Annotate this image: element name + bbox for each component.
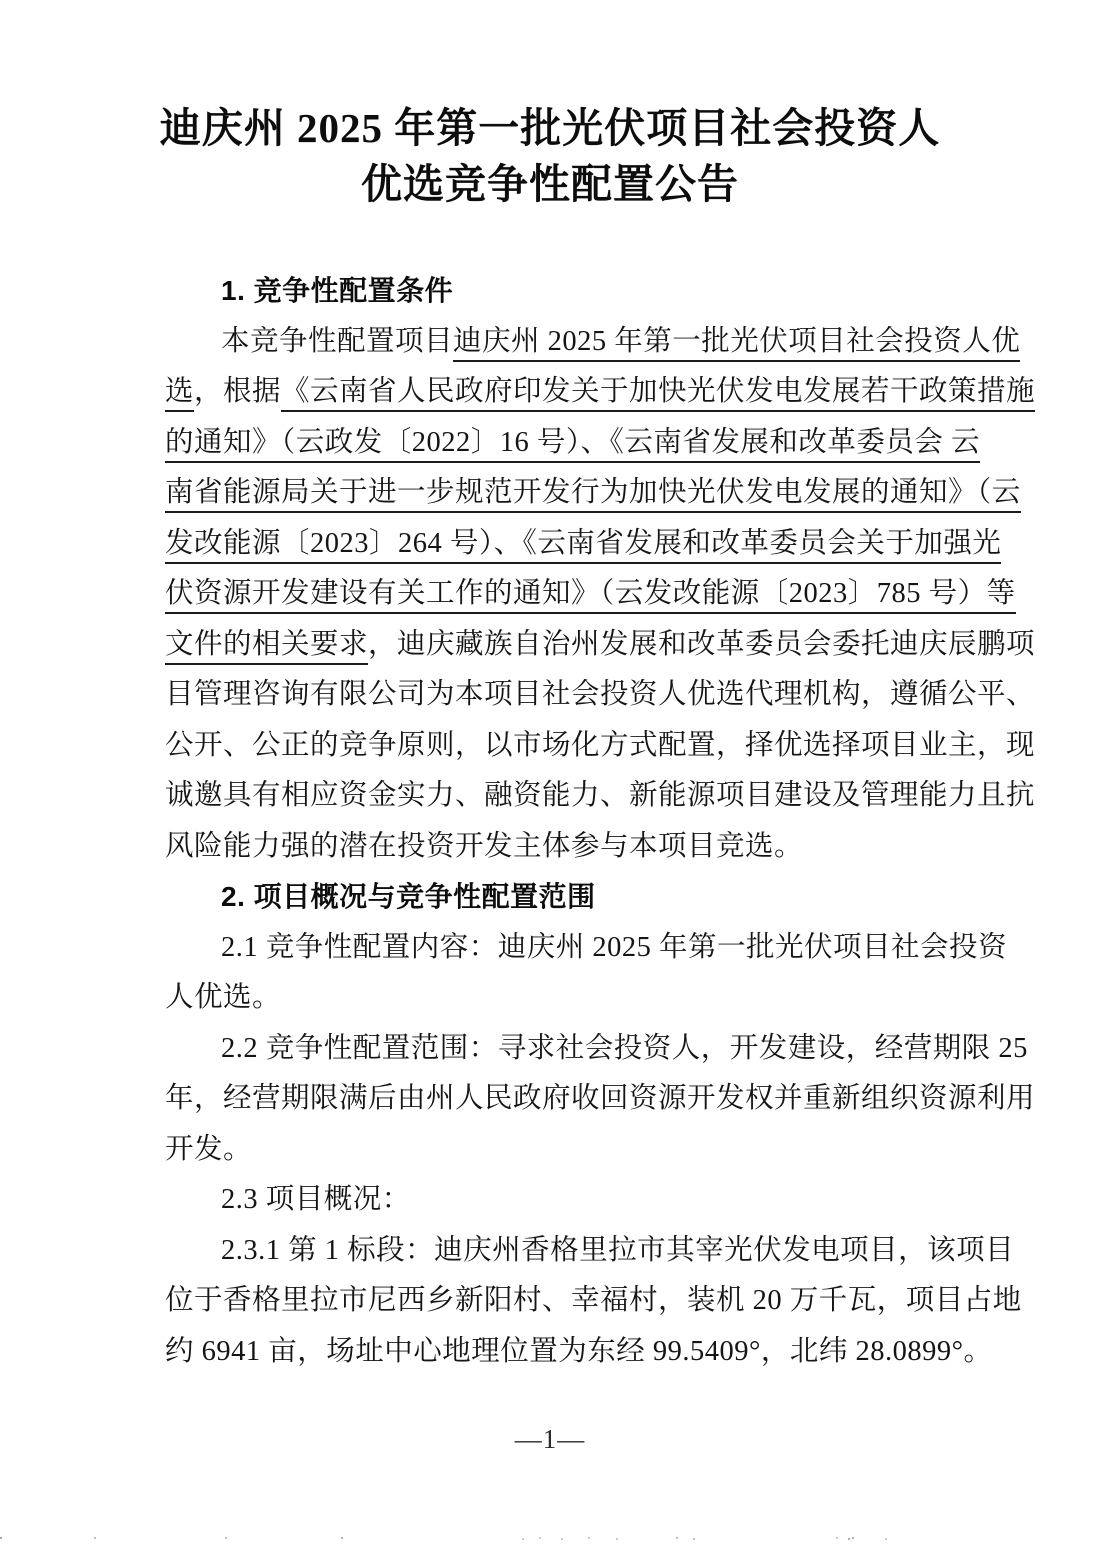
document-title-line-1: 迪庆州 2025 年第一批光伏项目社会投资人 <box>160 105 941 151</box>
text-line: 公开、公正的竞争原则，以市场化方式配置，择优选择项目业主，现 <box>165 721 945 772</box>
text-run: 本竞争性配置项目 <box>221 326 453 357</box>
text-run: 位于香格里拉市尼西乡新阳村、幸福村，装机 20 万千瓦，项目占地 <box>165 1285 1022 1316</box>
underlined-text-run: 南省能源局关于进一步规范开发行为加快光伏发电发展的通知》（云 <box>165 477 1021 513</box>
text-run: 2.3.1 第 1 标段：迪庆州香格里拉市其宰光伏发电项目，该项目 <box>221 1235 1014 1266</box>
scan-artifact-dots <box>0 1537 2 1539</box>
text-line: 目管理咨询有限公司为本项目社会投资人优选代理机构，遵循公平、 <box>165 670 945 721</box>
text-line: 人优选。 <box>165 973 945 1024</box>
text-line: 诚邀具有相应资金实力、融资能力、新能源项目建设及管理能力且抗 <box>165 771 945 822</box>
text-run: 约 6941 亩，场址中心地理位置为东经 99.5409°，北纬 28.0899… <box>165 1336 993 1367</box>
text-line: 2.3.1 第 1 标段：迪庆州香格里拉市其宰光伏发电项目，该项目 <box>165 1226 945 1277</box>
underlined-text-run: 文件的相关要求 <box>165 629 368 665</box>
underlined-text-run: 伏资源开发建设有关工作的通知》（云发改能源〔2023〕785 号）等 <box>165 578 1016 614</box>
text-run: 2.2 竞争性配置范围：寻求社会投资人，开发建设，经营期限 25 <box>221 1033 1028 1064</box>
section-heading: 1. 竞争性配置条件 <box>165 266 945 317</box>
text-line: 的通知》（云政发〔2022〕16 号）、《云南省发展和改革委员会 云 <box>165 418 945 469</box>
text-run: 2.1 竞争性配置内容：迪庆州 2025 年第一批光伏项目社会投资 <box>221 932 1007 963</box>
document-body: 1. 竞争性配置条件本竞争性配置项目迪庆州 2025 年第一批光伏项目社会投资人… <box>165 266 945 1377</box>
text-line: 位于香格里拉市尼西乡新阳村、幸福村，装机 20 万千瓦，项目占地 <box>165 1276 945 1327</box>
underlined-text-run: 《云南省人民政府印发关于加快光伏发电发展若干政策措施 <box>281 376 1035 412</box>
text-line: 风险能力强的潜在投资开发主体参与本项目竞选。 <box>165 822 945 873</box>
underlined-text-run: 选 <box>165 376 194 412</box>
text-run: ，根据 <box>194 376 281 407</box>
text-line: 本竞争性配置项目迪庆州 2025 年第一批光伏项目社会投资人优 <box>165 317 945 368</box>
text-line: 年，经营期限满后由州人民政府收回资源开发权并重新组织资源利用 <box>165 1074 945 1125</box>
document-title-line-2: 优选竞争性配置公告 <box>361 161 739 207</box>
text-run: ，迪庆藏族自治州发展和改革委员会委托迪庆辰鹏项 <box>368 629 1035 660</box>
text-run: 公开、公正的竞争原则，以市场化方式配置，择优选择项目业主，现 <box>165 730 1035 761</box>
text-run: 人优选。 <box>165 982 281 1013</box>
text-line: 伏资源开发建设有关工作的通知》（云发改能源〔2023〕785 号）等 <box>165 569 945 620</box>
page-number: —1— <box>0 1422 1100 1456</box>
underlined-text-run: 迪庆州 2025 年第一批光伏项目社会投资人优 <box>453 326 1020 362</box>
text-line: 约 6941 亩，场址中心地理位置为东经 99.5409°，北纬 28.0899… <box>165 1327 945 1378</box>
text-line: 发改能源〔2023〕264 号）、《云南省发展和改革委员会关于加强光 <box>165 519 945 570</box>
text-line: 2.1 竞争性配置内容：迪庆州 2025 年第一批光伏项目社会投资 <box>165 923 945 974</box>
text-line: 选，根据《云南省人民政府印发关于加快光伏发电发展若干政策措施 <box>165 367 945 418</box>
underlined-text-run: 发改能源〔2023〕264 号）、《云南省发展和改革委员会关于加强光 <box>165 528 1001 564</box>
text-line: 文件的相关要求，迪庆藏族自治州发展和改革委员会委托迪庆辰鹏项 <box>165 620 945 671</box>
section-heading: 2. 项目概况与竞争性配置范围 <box>165 872 945 923</box>
text-line: 2.2 竞争性配置范围：寻求社会投资人，开发建设，经营期限 25 <box>165 1024 945 1075</box>
text-run: 2.3 项目概况： <box>221 1184 411 1215</box>
document-page: 迪庆州 2025 年第一批光伏项目社会投资人 优选竞争性配置公告 1. 竞争性配… <box>0 0 1100 1556</box>
text-line: 南省能源局关于进一步规范开发行为加快光伏发电发展的通知》（云 <box>165 468 945 519</box>
document-title: 迪庆州 2025 年第一批光伏项目社会投资人 优选竞争性配置公告 <box>120 100 980 212</box>
text-line: 开发。 <box>165 1125 945 1176</box>
underlined-text-run: 的通知》（云政发〔2022〕16 号）、《云南省发展和改革委员会 云 <box>165 427 980 463</box>
text-run: 开发。 <box>165 1134 252 1165</box>
text-run: 目管理咨询有限公司为本项目社会投资人优选代理机构，遵循公平、 <box>165 679 1035 710</box>
text-line: 2.3 项目概况： <box>165 1175 945 1226</box>
text-run: 风险能力强的潜在投资开发主体参与本项目竞选。 <box>165 831 803 862</box>
text-run: 年，经营期限满后由州人民政府收回资源开发权并重新组织资源利用 <box>165 1083 1035 1114</box>
text-run: 诚邀具有相应资金实力、融资能力、新能源项目建设及管理能力且抗 <box>165 780 1035 811</box>
